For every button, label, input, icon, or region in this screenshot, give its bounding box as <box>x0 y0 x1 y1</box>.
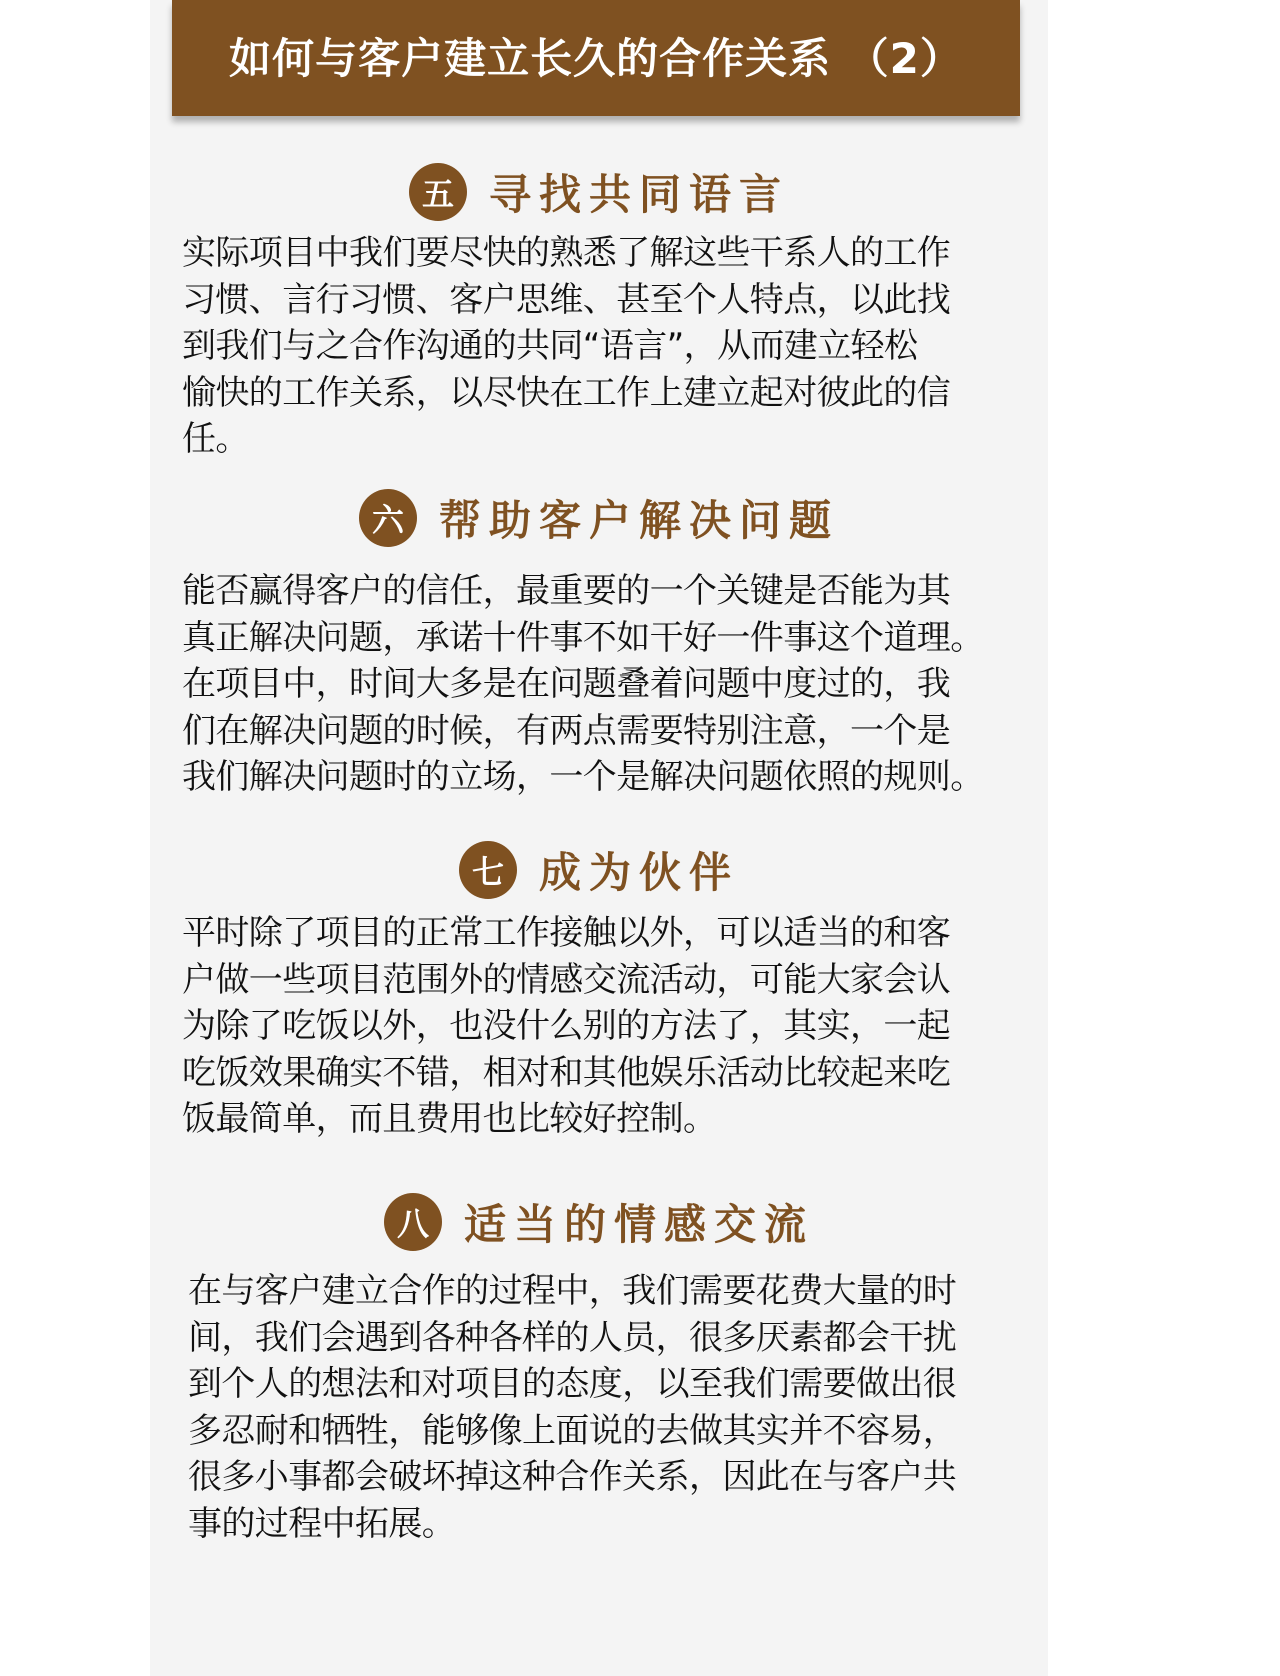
body-line: 实际项目中我们要尽快的熟悉了解这些干系人的工作 <box>182 230 1022 277</box>
body-line: 愉快的工作关系，以尽快在工作上建立起对彼此的信 <box>182 370 1022 417</box>
body-line: 事的过程中拓展。 <box>188 1501 1028 1548</box>
section-heading: 五 寻找共同语言 <box>150 160 1048 224</box>
body-line: 饭最简单，而且费用也比较好控制。 <box>182 1096 1022 1143</box>
body-line: 间，我们会遇到各种各样的人员，很多厌素都会干扰 <box>188 1315 1028 1362</box>
section-8: 八 适当的情感交流 在与客户建立合作的过程中，我们需要花费大量的时 间，我们会遇… <box>150 1190 1048 1547</box>
body-line: 真正解决问题，承诺十件事不如干好一件事这个道理。 <box>182 615 1022 662</box>
body-line: 户做一些项目范围外的情感交流活动，可能大家会认 <box>182 957 1022 1004</box>
section-7: 七 成为伙伴 平时除了项目的正常工作接触以外，可以适当的和客 户做一些项目范围外… <box>150 838 1048 1143</box>
body-line: 多忍耐和牺牲，能够像上面说的去做其实并不容易， <box>188 1408 1028 1455</box>
number-badge-icon: 八 <box>384 1193 442 1251</box>
page-title: 如何与客户建立长久的合作关系 （2） <box>229 26 963 86</box>
body-line: 到个人的想法和对项目的态度，以至我们需要做出很 <box>188 1361 1028 1408</box>
body-line: 们在解决问题的时候，有两点需要特别注意，一个是 <box>182 708 1022 755</box>
body-line: 为除了吃饭以外，也没什么别的方法了，其实，一起 <box>182 1003 1022 1050</box>
section-body: 平时除了项目的正常工作接触以外，可以适当的和客 户做一些项目范围外的情感交流活动… <box>150 910 1022 1143</box>
body-line: 很多小事都会破坏掉这种合作关系，因此在与客户共 <box>188 1454 1028 1501</box>
body-line: 平时除了项目的正常工作接触以外，可以适当的和客 <box>182 910 1022 957</box>
number-badge-icon: 五 <box>409 163 467 221</box>
title-banner: 如何与客户建立长久的合作关系 （2） <box>172 0 1020 116</box>
body-line: 我们解决问题时的立场，一个是解决问题依照的规则。 <box>182 754 1022 801</box>
section-heading: 六 帮助客户解决问题 <box>150 486 1048 550</box>
body-line: 任。 <box>182 416 1022 463</box>
section-body: 在与客户建立合作的过程中，我们需要花费大量的时 间，我们会遇到各种各样的人员，很… <box>150 1268 1028 1547</box>
section-body: 能否赢得客户的信任，最重要的一个关键是否能为其 真正解决问题，承诺十件事不如干好… <box>150 568 1022 801</box>
section-title: 帮助客户解决问题 <box>439 488 839 548</box>
body-line: 在项目中，时间大多是在问题叠着问题中度过的，我 <box>182 661 1022 708</box>
section-title: 成为伙伴 <box>539 840 739 900</box>
article-page: 如何与客户建立长久的合作关系 （2） 五 寻找共同语言 实际项目中我们要尽快的熟… <box>150 0 1048 1676</box>
section-heading: 七 成为伙伴 <box>150 838 1048 902</box>
body-line: 吃饭效果确实不错，相对和其他娱乐活动比较起来吃 <box>182 1050 1022 1097</box>
number-badge-icon: 六 <box>359 489 417 547</box>
section-6: 六 帮助客户解决问题 能否赢得客户的信任，最重要的一个关键是否能为其 真正解决问… <box>150 486 1048 801</box>
body-line: 在与客户建立合作的过程中，我们需要花费大量的时 <box>188 1268 1028 1315</box>
body-line: 到我们与之合作沟通的共同“语言”，从而建立轻松 <box>182 323 1022 370</box>
number-badge-icon: 七 <box>459 841 517 899</box>
section-title: 寻找共同语言 <box>489 162 789 222</box>
body-line: 能否赢得客户的信任，最重要的一个关键是否能为其 <box>182 568 1022 615</box>
section-heading: 八 适当的情感交流 <box>150 1190 1048 1254</box>
body-line: 习惯、言行习惯、客户思维、甚至个人特点，以此找 <box>182 277 1022 324</box>
section-5: 五 寻找共同语言 实际项目中我们要尽快的熟悉了解这些干系人的工作 习惯、言行习惯… <box>150 160 1048 463</box>
section-body: 实际项目中我们要尽快的熟悉了解这些干系人的工作 习惯、言行习惯、客户思维、甚至个… <box>150 230 1022 463</box>
section-title: 适当的情感交流 <box>464 1192 814 1252</box>
